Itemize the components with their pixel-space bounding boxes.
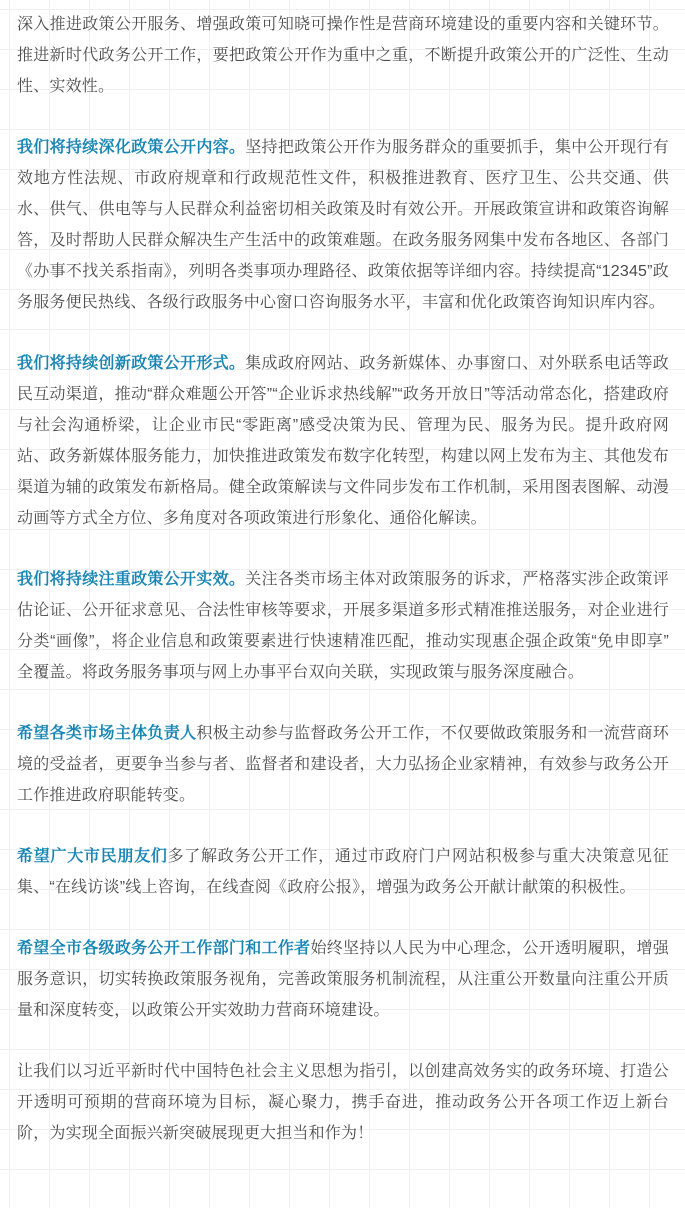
paragraph-hope-citizens: 希望广大市民朋友们多了解政务公开工作，通过市政府门户网站积极参与重大决策意见征集…: [17, 841, 669, 903]
paragraph-lead: 希望各类市场主体负责人: [17, 725, 196, 742]
article-page: 深入推进政策公开服务、增强政策可知晓可操作性是营商环境建设的重要内容和关键环节。…: [0, 0, 685, 1149]
paragraph-text: 坚持把政策公开作为服务群众的重要抓手，集中公开现行有效地方性法规、市政府规章和行…: [17, 139, 669, 311]
paragraph-lead: 我们将持续创新政策公开形式。: [17, 355, 245, 372]
paragraph-closing: 让我们以习近平新时代中国特色社会主义思想为指引，以创建高效务实的政务环境、打造公…: [17, 1056, 669, 1149]
paragraph-text: 集成政府网站、政务新媒体、办事窗口、对外联系电话等政民互动渠道，推动“群众难题公…: [17, 355, 669, 527]
paragraph-hope-market-entities: 希望各类市场主体负责人积极主动参与监督政务公开工作，不仅要做政策服务和一流营商环…: [17, 718, 669, 811]
paragraph-intro: 深入推进政策公开服务、增强政策可知晓可操作性是营商环境建设的重要内容和关键环节。…: [17, 9, 669, 102]
paragraph-lead: 我们将持续深化政策公开内容。: [17, 139, 245, 156]
paragraph-lead: 希望广大市民朋友们: [17, 848, 168, 865]
policy-article-body: 深入推进政策公开服务、增强政策可知晓可操作性是营商环境建设的重要内容和关键环节。…: [0, 0, 685, 1149]
paragraph-hope-gov-workers: 希望全市各级政务公开工作部门和工作者始终坚持以人民为中心理念，公开透明履职，增强…: [17, 933, 669, 1026]
paragraph-lead: 我们将持续注重政策公开实效。: [17, 571, 245, 588]
paragraph-deepen-content: 我们将持续深化政策公开内容。坚持把政策公开作为服务群众的重要抓手，集中公开现行有…: [17, 132, 669, 318]
paragraph-innovate-forms: 我们将持续创新政策公开形式。集成政府网站、政务新媒体、办事窗口、对外联系电话等政…: [17, 348, 669, 534]
paragraph-lead: 希望全市各级政务公开工作部门和工作者: [17, 940, 310, 957]
paragraph-text: 让我们以习近平新时代中国特色社会主义思想为指引，以创建高效务实的政务环境、打造公…: [17, 1063, 669, 1142]
paragraph-focus-effectiveness: 我们将持续注重政策公开实效。关注各类市场主体对政策服务的诉求，严格落实涉企政策评…: [17, 564, 669, 688]
paragraph-text: 深入推进政策公开服务、增强政策可知晓可操作性是营商环境建设的重要内容和关键环节。…: [17, 16, 669, 95]
